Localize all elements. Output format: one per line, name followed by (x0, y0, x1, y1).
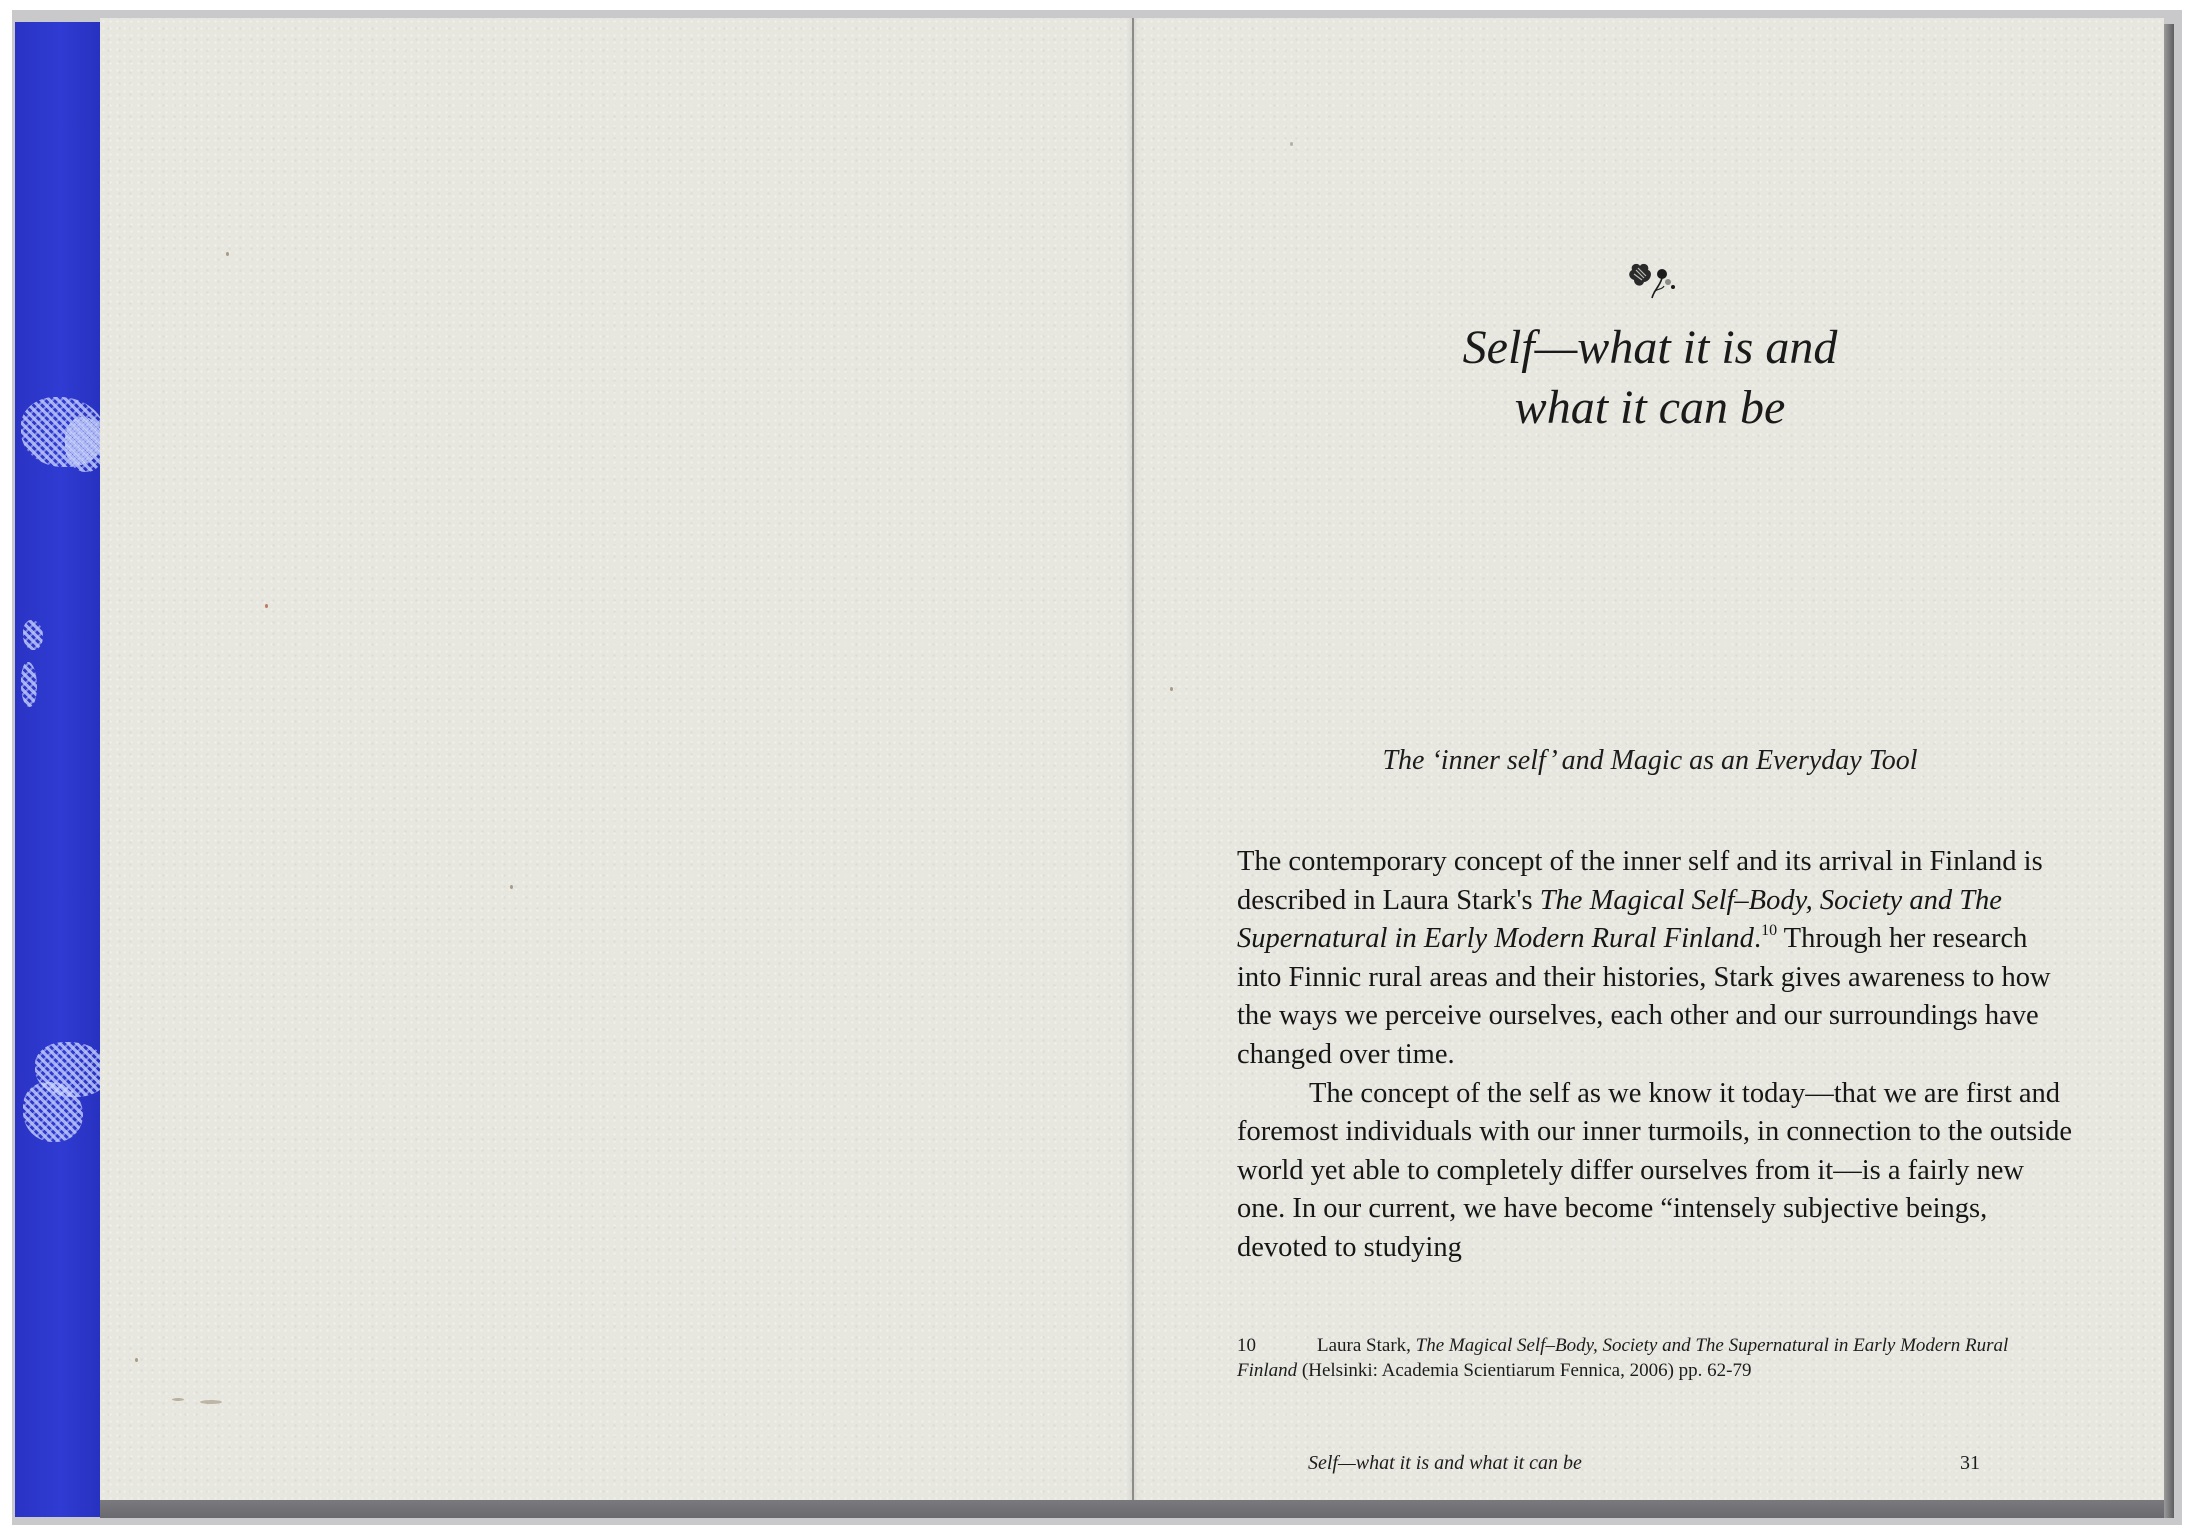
right-edge-shadow (2164, 24, 2174, 1518)
paragraph-1: The contemporary concept of the inner se… (1237, 843, 2077, 1075)
book-cover-spine (15, 22, 107, 1517)
footnote-author: Laura Stark, (1317, 1335, 1416, 1356)
chapter-title-line-1: Self—what it is and (1340, 318, 1960, 378)
paragraph-1-period: . (1754, 923, 1761, 954)
footnote-publication: (Helsinki: Academia Scientiarum Fennica,… (1297, 1360, 1751, 1381)
left-page (100, 18, 1133, 1500)
body-text: The contemporary concept of the inner se… (1237, 843, 2077, 1268)
running-footer: Self—what it is and what it can be (1308, 1452, 1582, 1475)
paper-speck (265, 604, 268, 608)
floral-ornament-icon (1628, 262, 1682, 302)
paper-speck (135, 1358, 138, 1362)
chapter-title-line-2: what it can be (1340, 378, 1960, 438)
gutter (1132, 18, 1134, 1500)
footnote: 10Laura Stark, The Magical Self–Body, So… (1237, 1333, 2067, 1383)
paper-speck (1170, 687, 1173, 691)
page-number: 31 (1960, 1452, 1980, 1475)
bottom-edge-shadow (100, 1500, 2170, 1518)
footnote-reference[interactable]: 10 (1761, 922, 1777, 939)
footnote-number: 10 (1237, 1333, 1317, 1358)
spine-lace-pattern (23, 620, 43, 650)
paper-speck (200, 1400, 222, 1404)
paper-speck (1290, 142, 1293, 146)
paper-speck (226, 252, 229, 256)
paper-speck (172, 1398, 184, 1401)
paper-speck (510, 885, 513, 889)
paragraph-2: The concept of the self as we know it to… (1237, 1075, 2077, 1268)
spine-lace-pattern (21, 662, 37, 707)
section-subheading: The ‘inner self’ and Magic as an Everyda… (1240, 745, 2060, 777)
chapter-title: Self—what it is and what it can be (1340, 318, 1960, 438)
